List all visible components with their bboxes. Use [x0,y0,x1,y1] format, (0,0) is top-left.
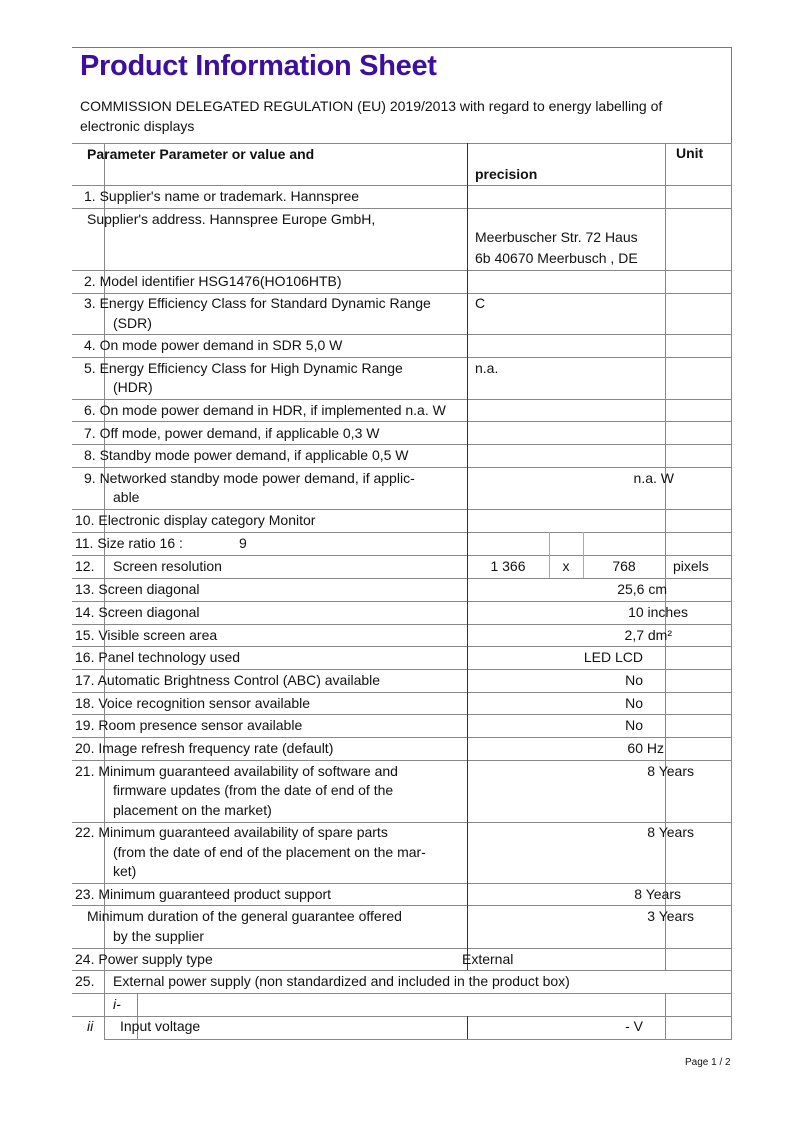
row-i-num: i- [113,994,121,1014]
row-energy-class-sdr: 3. Energy Efficiency Class for Standard … [84,293,431,313]
row-networked-standby: 9. Networked standby mode power demand, … [84,468,415,488]
row-voice-sensor: 18. Voice recognition sensor available [75,693,310,713]
resolution-unit: pixels [673,556,709,576]
value-energy-class-sdr: C [475,293,485,313]
value-presence-sensor: No [540,715,643,735]
row-software-updates-cont2: placement on the market) [113,800,272,820]
row-panel-technology: 16. Panel technology used [75,647,240,667]
row-supplier-address: Supplier's address. Hannspree Europe Gmb… [87,209,375,229]
row-networked-standby-cont: able [113,487,139,507]
resolution-vertical: 768 [583,556,665,576]
value-screen-diagonal-cm: 25,6 cm [560,579,667,599]
size-ratio-denominator: 9 [239,533,247,553]
row-on-mode-hdr: 6. On mode power demand in HDR, if imple… [84,400,446,420]
row-software-updates: 21. Minimum guaranteed availability of s… [75,761,398,781]
value-abc: No [540,670,643,690]
row-on-mode-sdr: 4. On mode power demand in SDR 5,0 W [84,335,342,355]
row-spare-parts-cont2: ket) [113,861,136,881]
row-guarantee-cont: by the supplier [113,926,204,946]
row-external-psu: External power supply (non standardized … [113,971,570,991]
value-visible-area: 2,7 dm² [560,625,672,645]
resolution-x: x [549,556,583,576]
resolution-horizontal: 1 366 [467,556,549,576]
value-software-updates: 8 Years [560,761,694,781]
row-energy-class-sdr-cont: (SDR) [113,313,152,333]
value-networked-standby: n.a. W [560,468,674,488]
row-display-category: 10. Electronic display category Monitor [75,510,315,530]
row-supplier-name: 1. Supplier's name or trademark. Hannspr… [84,186,359,206]
row-software-updates-cont: firmware updates (from the date of end o… [113,780,393,800]
value-product-support: 8 Years [560,884,681,904]
row-product-support: 23. Minimum guaranteed product support [75,884,331,904]
row-screen-resolution: Screen resolution [113,556,222,576]
value-power-supply-type: External [462,949,513,969]
row-energy-class-hdr: 5. Energy Efficiency Class for High Dyna… [84,358,403,378]
row-spare-parts: 22. Minimum guaranteed availability of s… [75,822,388,842]
row-size-ratio: 11. Size ratio 16 : [75,533,183,553]
row-model-identifier: 2. Model identifier HSG1476(HO106HTB) [84,271,342,291]
header-parameter: Parameter Parameter or value and [87,144,314,164]
value-input-voltage: - V [560,1016,643,1036]
value-energy-class-hdr: n.a. [475,358,498,378]
value-panel-technology: LED LCD [540,647,643,667]
row-power-supply-type: 24. Power supply type [75,949,213,969]
row-input-voltage: Input voltage [120,1016,200,1036]
page-title: Product Information Sheet [80,50,437,83]
value-spare-parts: 8 Years [560,822,694,842]
value-screen-diagonal-in: 10 inches [560,602,688,622]
value-voice-sensor: No [540,693,643,713]
row-visible-area: 15. Visible screen area [75,625,217,645]
row-screen-diagonal-cm: 13. Screen diagonal [75,579,200,599]
row-abc: 17. Automatic Brightness Control (ABC) a… [75,670,380,690]
supplier-address-line1: Meerbuscher Str. 72 Haus [475,227,638,247]
supplier-address-line2: 6b 40670 Meerbusch , DE [475,248,638,268]
value-guarantee: 3 Years [560,906,694,926]
row-spare-parts-cont: (from the date of end of the placement o… [113,842,426,862]
regulation-subtitle: COMMISSION DELEGATED REGULATION (EU) 201… [80,96,700,136]
row-refresh-rate: 20. Image refresh frequency rate (defaul… [75,738,333,758]
row-guarantee: Minimum duration of the general guarante… [87,906,402,926]
header-unit: Unit [676,143,703,163]
page-number: Page 1 / 2 [685,1057,731,1068]
header-precision: precision [475,164,537,184]
row-standby-mode: 8. Standby mode power demand, if applica… [84,445,409,465]
row-ii-num: ii [87,1016,93,1036]
row-off-mode: 7. Off mode, power demand, if applicable… [84,423,379,443]
row-presence-sensor: 19. Room presence sensor available [75,715,302,735]
row-screen-diagonal-in: 14. Screen diagonal [75,602,200,622]
row-energy-class-hdr-cont: (HDR) [113,377,153,397]
value-refresh-rate: 60 Hz [560,738,664,758]
row-external-psu-num: 25. [75,971,94,991]
row-screen-resolution-num: 12. [75,556,94,576]
